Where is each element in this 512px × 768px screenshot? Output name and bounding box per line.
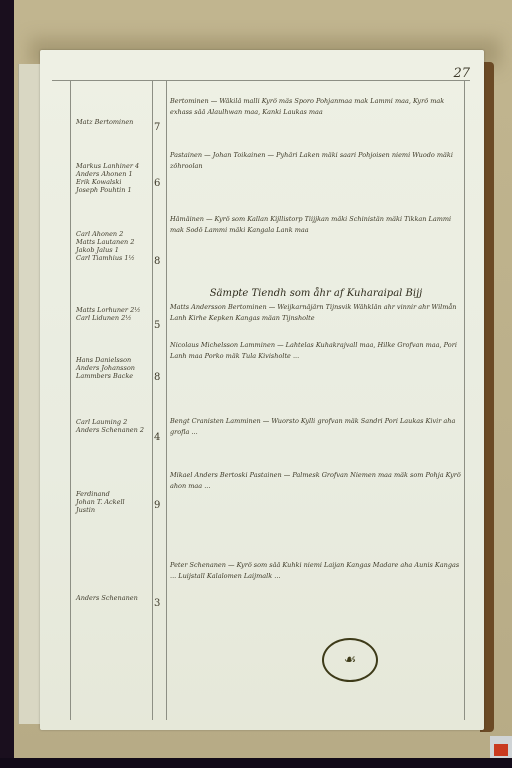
entry-number: 8 bbox=[154, 256, 160, 267]
margin-name: Carl Ahonen 2 Matts Lautanen 2 Jakob Jal… bbox=[76, 230, 152, 262]
column-rule bbox=[166, 80, 167, 720]
margin-name: Matts Lorhuner 2½ Carl Lidunen 2½ bbox=[76, 306, 152, 322]
entry-text: Matts Andersson Bertominen — Weijkarnäjä… bbox=[170, 302, 462, 324]
entry-text: Hämäinen — Kyrö som Kallan Kijllistorp T… bbox=[170, 214, 462, 236]
entry-number: 5 bbox=[154, 320, 160, 331]
entry-number: 8 bbox=[154, 372, 160, 383]
margin-name: Matz Bertominen bbox=[76, 118, 152, 126]
section-heading: Sämpte Tiendh som åhr af Kuharaipal Bijj bbox=[170, 288, 462, 299]
entry-number: 9 bbox=[154, 500, 160, 511]
entry-number: 6 bbox=[154, 178, 160, 189]
margin-name: Anders Schenanen bbox=[76, 594, 152, 602]
eagle-icon: ☙ bbox=[344, 652, 357, 668]
margin-name: Markus Lanhiner 4 Anders Ahonen 1 Erik K… bbox=[76, 162, 152, 194]
page-number: 27 bbox=[453, 66, 470, 81]
entry-number: 3 bbox=[154, 598, 160, 609]
margin-name: Hans Danielsson Anders Johansson Lammber… bbox=[76, 356, 152, 380]
column-rule bbox=[464, 80, 465, 720]
archive-stamp: ☙ bbox=[322, 638, 378, 682]
bottom-dark-border bbox=[0, 758, 512, 768]
entry-text: Nicolaus Michelsson Lamminen — Lahtelas … bbox=[170, 340, 462, 362]
manuscript-page: 27 Matz BertominenMarkus Lanhiner 4 Ande… bbox=[40, 50, 484, 730]
column-rule bbox=[152, 80, 153, 720]
entry-text: Peter Schenanen — Kyrö som sää Kuhki nie… bbox=[170, 560, 462, 582]
margin-name: Carl Lauming 2 Anders Schenanen 2 bbox=[76, 418, 152, 434]
color-calibration-tag bbox=[490, 736, 512, 758]
entry-text: Bengt Cranisten Lamminen — Wuorsto Kylli… bbox=[170, 416, 462, 438]
margin-name: Ferdinand Johan T. Ackell Justin bbox=[76, 490, 152, 514]
entry-number: 4 bbox=[154, 432, 160, 443]
top-rule bbox=[52, 80, 470, 81]
entry-number: 7 bbox=[154, 122, 160, 133]
entry-text: Mikael Anders Bertoski Pastainen — Palme… bbox=[170, 470, 462, 492]
column-rule bbox=[70, 80, 71, 720]
entry-text: Pastainen — Johan Toikainen — Pyhäri Lak… bbox=[170, 150, 462, 172]
entry-text: Bertominen — Wäkilä malli Kyrö mäs Sporo… bbox=[170, 96, 462, 118]
left-dark-border bbox=[0, 0, 14, 768]
